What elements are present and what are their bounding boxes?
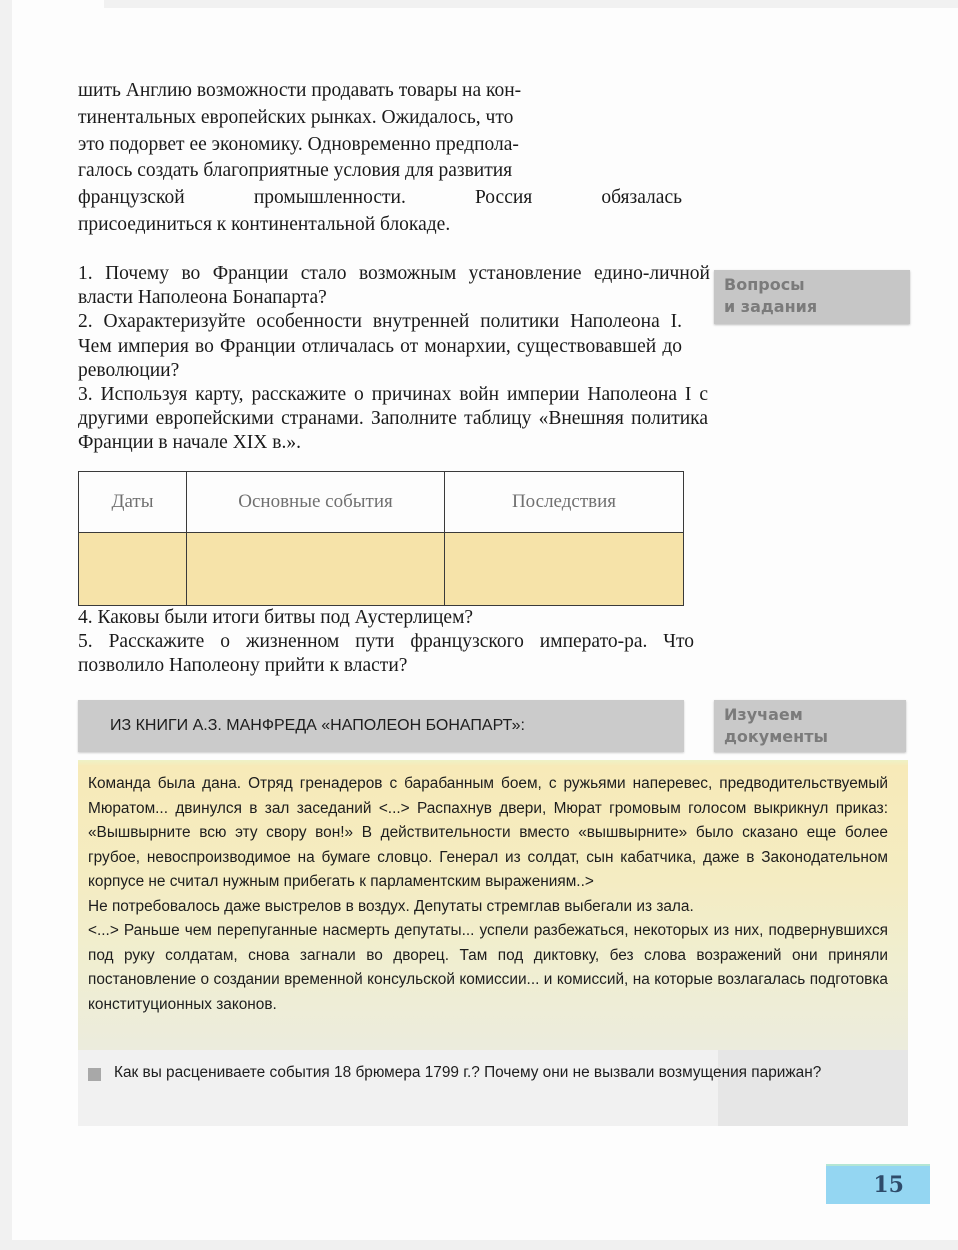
label-line: документы	[724, 726, 896, 748]
table-cell	[445, 533, 684, 606]
page-number: 15	[826, 1164, 930, 1204]
document-question-box: Как вы расцениваете события 18 брюмера 1…	[78, 1050, 908, 1126]
label-line: Изучаем	[724, 704, 896, 726]
document-source-title: ИЗ КНИГИ А.З. МАНФРЕДА «НАПОЛЕОН БОНАПАР…	[78, 700, 684, 752]
column-header: Основные события	[187, 472, 445, 533]
text-line: тинентальных европейских рынках. Ожидало…	[78, 105, 682, 132]
text-line: присоединиться к континентальной блокаде…	[78, 212, 682, 239]
documents-section-label: Изучаем документы	[714, 700, 906, 752]
label-line: Вопросы	[724, 274, 900, 296]
page-edge	[0, 0, 12, 1250]
questions-section-label: Вопросы и задания	[714, 270, 910, 324]
excerpt-paragraph: <...> Раньше чем перепуганные насмерть д…	[88, 919, 888, 1017]
bullet-square-icon	[88, 1068, 101, 1081]
intro-paragraph: шить Англию возможности продавать товары…	[78, 78, 682, 239]
text-line: французской промышленности. Россия обяза…	[78, 185, 682, 212]
question-item: 2. Охарактеризуйте особенности внутренне…	[78, 310, 682, 383]
foreign-policy-table: Даты Основные события Последствия	[78, 471, 684, 606]
table-header-row: Даты Основные события Последствия	[79, 472, 684, 533]
question-item: 5. Расскажите о жизненном пути французск…	[78, 630, 694, 678]
questions-list-continued: 4. Каковы были итоги битвы под Аустерлиц…	[78, 606, 698, 678]
document-question: Как вы расцениваете события 18 брюмера 1…	[114, 1060, 904, 1086]
table-cell	[187, 533, 445, 606]
document-excerpt: Команда была дана. Отряд гренадеров с ба…	[78, 760, 908, 1050]
question-item: 4. Каковы были итоги битвы под Аустерлиц…	[78, 606, 698, 630]
column-header: Последствия	[445, 472, 684, 533]
questions-list: 1. Почему во Франции стало возможным уст…	[78, 262, 718, 456]
page-edge	[0, 1240, 958, 1250]
page-edge	[104, 0, 958, 8]
question-item: 3. Используя карту, расскажите о причина…	[78, 383, 708, 456]
label-line: и задания	[724, 296, 900, 318]
page-number-text: 15	[873, 1172, 904, 1198]
question-item: 1. Почему во Франции стало возможным уст…	[78, 262, 710, 310]
excerpt-paragraph: Команда была дана. Отряд гренадеров с ба…	[88, 772, 888, 895]
source-title-text: ИЗ КНИГИ А.З. МАНФРЕДА «НАПОЛЕОН БОНАПАР…	[110, 717, 525, 735]
table-row	[79, 533, 684, 606]
column-header: Даты	[79, 472, 187, 533]
text-line: шить Англию возможности продавать товары…	[78, 78, 682, 105]
table-cell	[79, 533, 187, 606]
text-line: это подорвет ее экономику. Одновременно …	[78, 132, 682, 159]
text-line: галось создать благоприятные условия для…	[78, 158, 682, 185]
excerpt-paragraph: Не потребовалось даже выстрелов в воздух…	[88, 895, 888, 920]
